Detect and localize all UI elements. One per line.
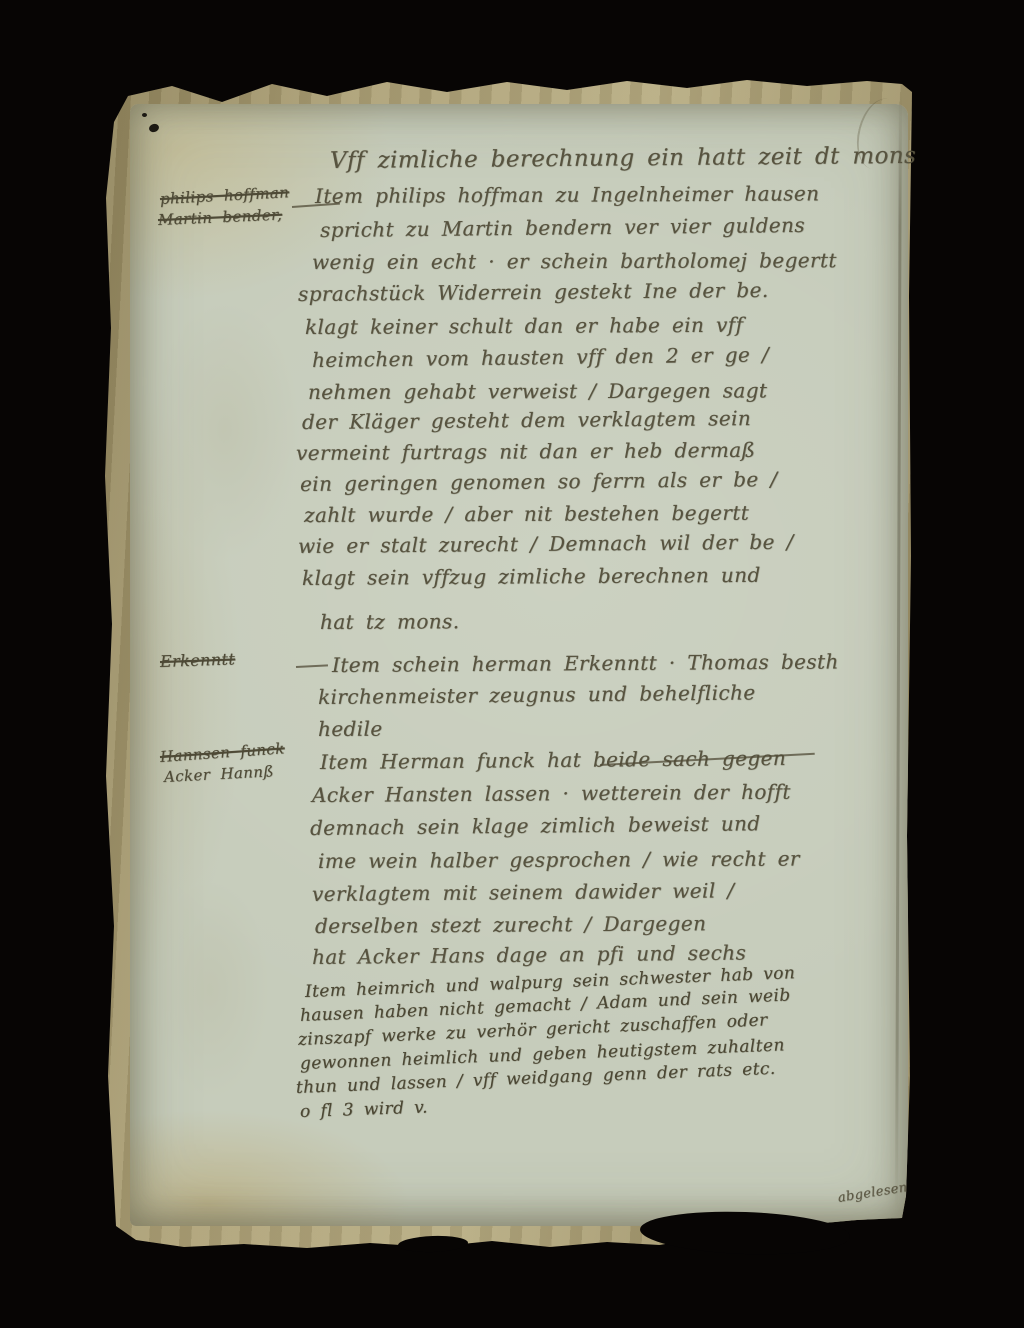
margin-note-verdict: Erkenntt [160, 651, 236, 670]
archival-photo: philips hoffman Martin bender, Erkenntt … [0, 0, 1024, 1328]
text-line: nehmen gehabt verweist / Dargegen sagt [308, 380, 767, 402]
text-line: klagt keiner schult dan er habe ein vff [305, 315, 743, 337]
text-line: ime wein halber gesprochen / wie recht e… [318, 848, 800, 871]
text-line: wenig ein echt · er schein bartholomej b… [312, 250, 837, 272]
text-line: vermeint furtrags nit dan er heb dermaß [296, 440, 755, 463]
text-line: sprachstück Widerrein gestekt Ine der be… [298, 280, 769, 304]
text-line: Vff zimliche berechnung ein hatt zeit dt… [330, 145, 916, 173]
text-line: demnach sein klage zimlich beweist und [310, 813, 761, 838]
text-line: hat tz mons. [320, 611, 460, 632]
text-line: Acker Hansten lassen · wetterein der hof… [312, 782, 791, 805]
text-line: der Kläger gesteht dem verklagtem sein [302, 408, 751, 432]
ink-dot [142, 113, 147, 117]
text-line: kirchenmeister zeugnus und behelfliche [318, 682, 756, 707]
text-line: ein geringen genomen so ferrn als er be … [300, 469, 778, 494]
text-line: hedile [318, 719, 383, 739]
text-line: zahlt wurde / aber nit bestehen begertt [304, 503, 749, 525]
text-line: wie er stalt zurecht / Demnach wil der b… [298, 532, 794, 556]
text-line: Item Herman funck hat beide sach gegen [320, 748, 786, 772]
text-line: Item philips hoffman zu Ingelnheimer hau… [315, 183, 820, 206]
text-line: verklagtem mit seinem dawider weil / [312, 880, 735, 904]
text-line: klagt sein vffzug zimliche berechnen und [302, 565, 761, 588]
text-line: hat Acker Hans dage an pfi und sechs [312, 942, 746, 967]
text-line: Item schein herman Erkenntt · Thomas bes… [332, 651, 839, 675]
text-line: spricht zu Martin bendern ver vier gulde… [320, 215, 805, 240]
text-line: heimchen vom hausten vff den 2 er ge / [312, 344, 769, 370]
text-line: derselben stezt zurecht / Dargegen [315, 913, 706, 936]
text-line: o fl 3 wird v. [300, 1100, 428, 1121]
